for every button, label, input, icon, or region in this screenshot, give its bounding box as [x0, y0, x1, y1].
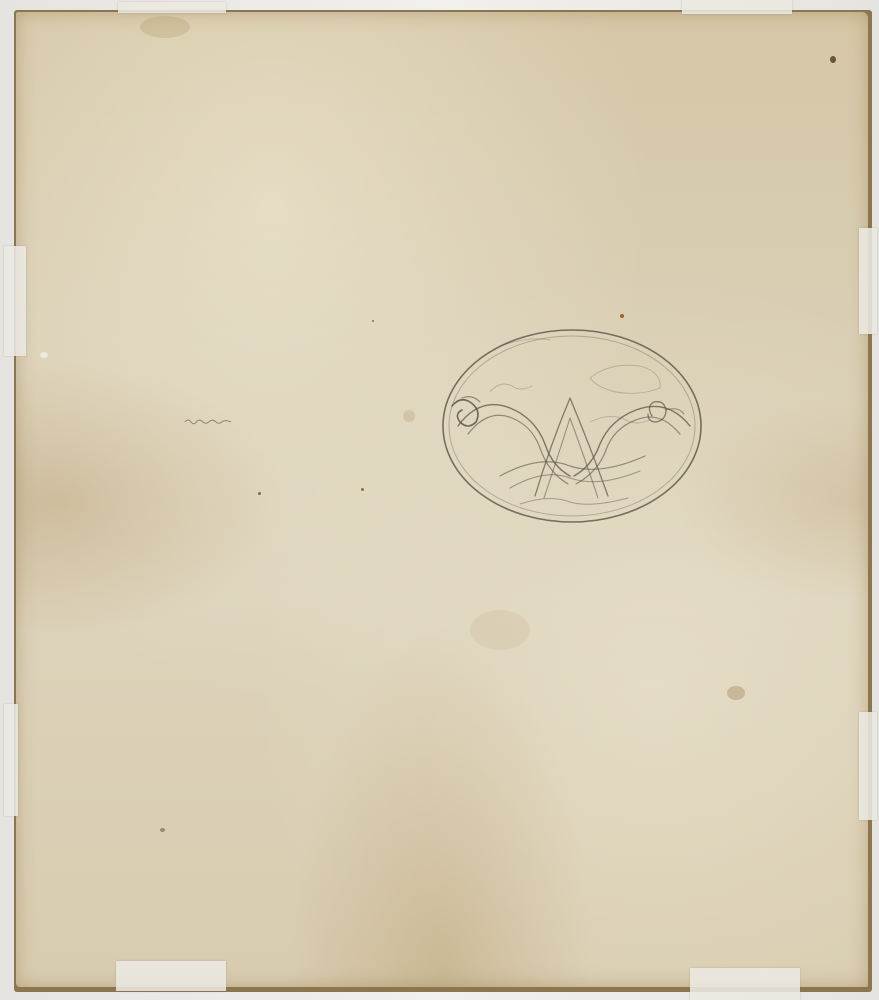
hinge-tape-top-right	[682, 0, 792, 14]
speck	[372, 320, 374, 322]
foxing-stain	[403, 410, 415, 422]
oval-ornament	[440, 326, 708, 528]
hinge-tape-left-upper	[4, 246, 26, 356]
pencil-inscription	[183, 416, 233, 426]
hinge-tape-top-left	[118, 2, 226, 13]
hinge-tape-left-lower	[4, 704, 18, 816]
speck	[620, 314, 624, 318]
speck	[830, 56, 836, 63]
speck	[361, 488, 364, 491]
hinge-tape-right-upper	[859, 228, 877, 334]
hinge-tape-right-lower	[859, 712, 877, 820]
foxing-stain	[140, 16, 190, 38]
hinge-tape-bottom-right	[690, 968, 800, 1000]
speck	[258, 492, 261, 495]
hinge-tape-bottom-left	[116, 961, 226, 991]
speck	[40, 352, 48, 358]
speck	[160, 828, 165, 832]
foxing-stain	[727, 686, 745, 700]
foxing-stain	[470, 610, 530, 650]
